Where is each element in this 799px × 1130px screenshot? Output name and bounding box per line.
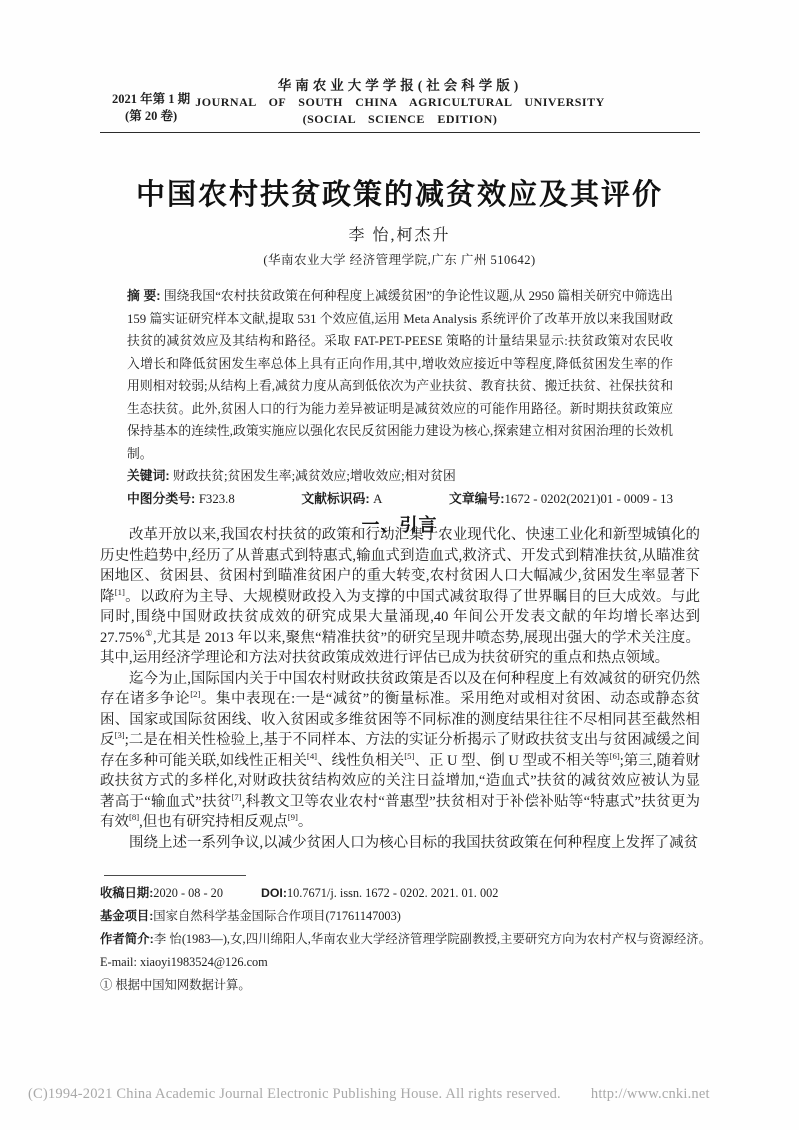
received-date-value: 2020 - 08 - 20 (153, 886, 223, 900)
keywords-text: 财政扶贫;贫困发生率;减贫效应;增收效应;相对贫困 (173, 469, 456, 483)
volume-label: (第 20 卷) (112, 108, 190, 125)
doc-code-pair: 文献标识码: A (301, 488, 382, 511)
abstract-label: 摘 要: (127, 288, 161, 303)
author-bio-label: 作者简介: (100, 932, 154, 946)
section-body: 改革开放以来,我国农村扶贫的政策和行动汇集于农业现代化、快速工业化和新型城镇化的… (100, 525, 700, 853)
footnote-bio-line: 作者简介:李 怡(1983—),女,四川绵阳人,华南农业大学经济管理学院副教授,… (100, 928, 711, 974)
article-id-label: 文章编号: (449, 491, 504, 506)
journal-masthead: 华南农业大学学报(社会科学版) JOURNAL OF SOUTH CHINA A… (100, 74, 700, 128)
article-affiliation: (华南农业大学 经济管理学院,广东 广州 510642) (0, 250, 799, 268)
clc-label: 中图分类号: (127, 491, 199, 506)
abstract-paragraph: 摘 要: 围绕我国“农村扶贫政策在何种程度上减缓贫困”的争论性议题,从 2950… (127, 285, 673, 465)
cnki-copyright: (C)1994-2021 China Academic Journal Elec… (28, 1086, 561, 1102)
abstract-block: 摘 要: 围绕我国“农村扶贫政策在何种程度上减缓贫困”的争论性议题,从 2950… (127, 285, 673, 510)
header-divider (100, 132, 700, 133)
clc-value: F323.8 (199, 492, 235, 506)
paragraph-2: 迄今为止,国际国内关于中国农村财政扶贫政策是否以及在何种程度上有效减贫的研究仍然… (100, 669, 700, 833)
journal-page: 华南农业大学学报(社会科学版) JOURNAL OF SOUTH CHINA A… (0, 0, 799, 1130)
abstract-text: 围绕我国“农村扶贫政策在何种程度上减缓贫困”的争论性议题,从 2950 篇相关研… (127, 289, 673, 461)
keywords-label: 关键词: (127, 468, 170, 483)
fund-value: 国家自然科学基金国际合作项目(71761147003) (153, 909, 401, 923)
clc-pair: 中图分类号: F323.8 (127, 488, 235, 511)
footnote-fund-line: 基金项目:国家自然科学基金国际合作项目(71761147003) (100, 905, 711, 928)
article-id-pair: 文章编号:1672 - 0202(2021)01 - 0009 - 13 (449, 488, 673, 511)
issue-label: 2021 年第 1 期 (112, 91, 190, 108)
doi-label: DOI: (261, 886, 287, 900)
doc-code-value: A (373, 492, 382, 506)
footnote-divider (104, 875, 246, 876)
cnki-url: http://www.cnki.net (591, 1086, 710, 1102)
paragraph-1: 改革开放以来,我国农村扶贫的政策和行动汇集于农业现代化、快速工业化和新型城镇化的… (100, 525, 700, 669)
article-authors: 李 怡,柯杰升 (0, 222, 799, 245)
received-date-label: 收稿日期: (100, 886, 153, 900)
article-id-value: 1672 - 0202(2021)01 - 0009 - 13 (505, 492, 673, 506)
paragraph-3: 围绕上述一系列争议,以减少贫困人口为核心目标的我国扶贫政策在何种程度上发挥了减贫 (100, 833, 700, 854)
meta-row: 中图分类号: F323.8 文献标识码: A 文章编号:1672 - 0202(… (127, 488, 673, 511)
author-bio-value: 李 怡(1983—),女,四川绵阳人,华南农业大学经济管理学院副教授,主要研究方… (100, 932, 711, 969)
doi-value: 10.7671/j. issn. 1672 - 0202. 2021. 01. … (287, 886, 498, 900)
doc-code-label: 文献标识码: (301, 491, 373, 506)
footnote-note-1: ① 根据中国知网数据计算。 (100, 974, 711, 997)
keywords-line: 关键词: 财政扶贫;贫困发生率;减贫效应;增收效应;相对贫困 (127, 465, 673, 488)
issue-volume-block: 2021 年第 1 期 (第 20 卷) (112, 91, 190, 125)
cnki-footer: (C)1994-2021 China Academic Journal Elec… (28, 1086, 789, 1103)
fund-label: 基金项目: (100, 909, 153, 923)
footnote-block: 收稿日期:2020 - 08 - 20DOI:10.7671/j. issn. … (100, 882, 711, 997)
footnote-received-line: 收稿日期:2020 - 08 - 20DOI:10.7671/j. issn. … (100, 882, 711, 905)
article-title: 中国农村扶贫政策的减贫效应及其评价 (0, 172, 799, 213)
